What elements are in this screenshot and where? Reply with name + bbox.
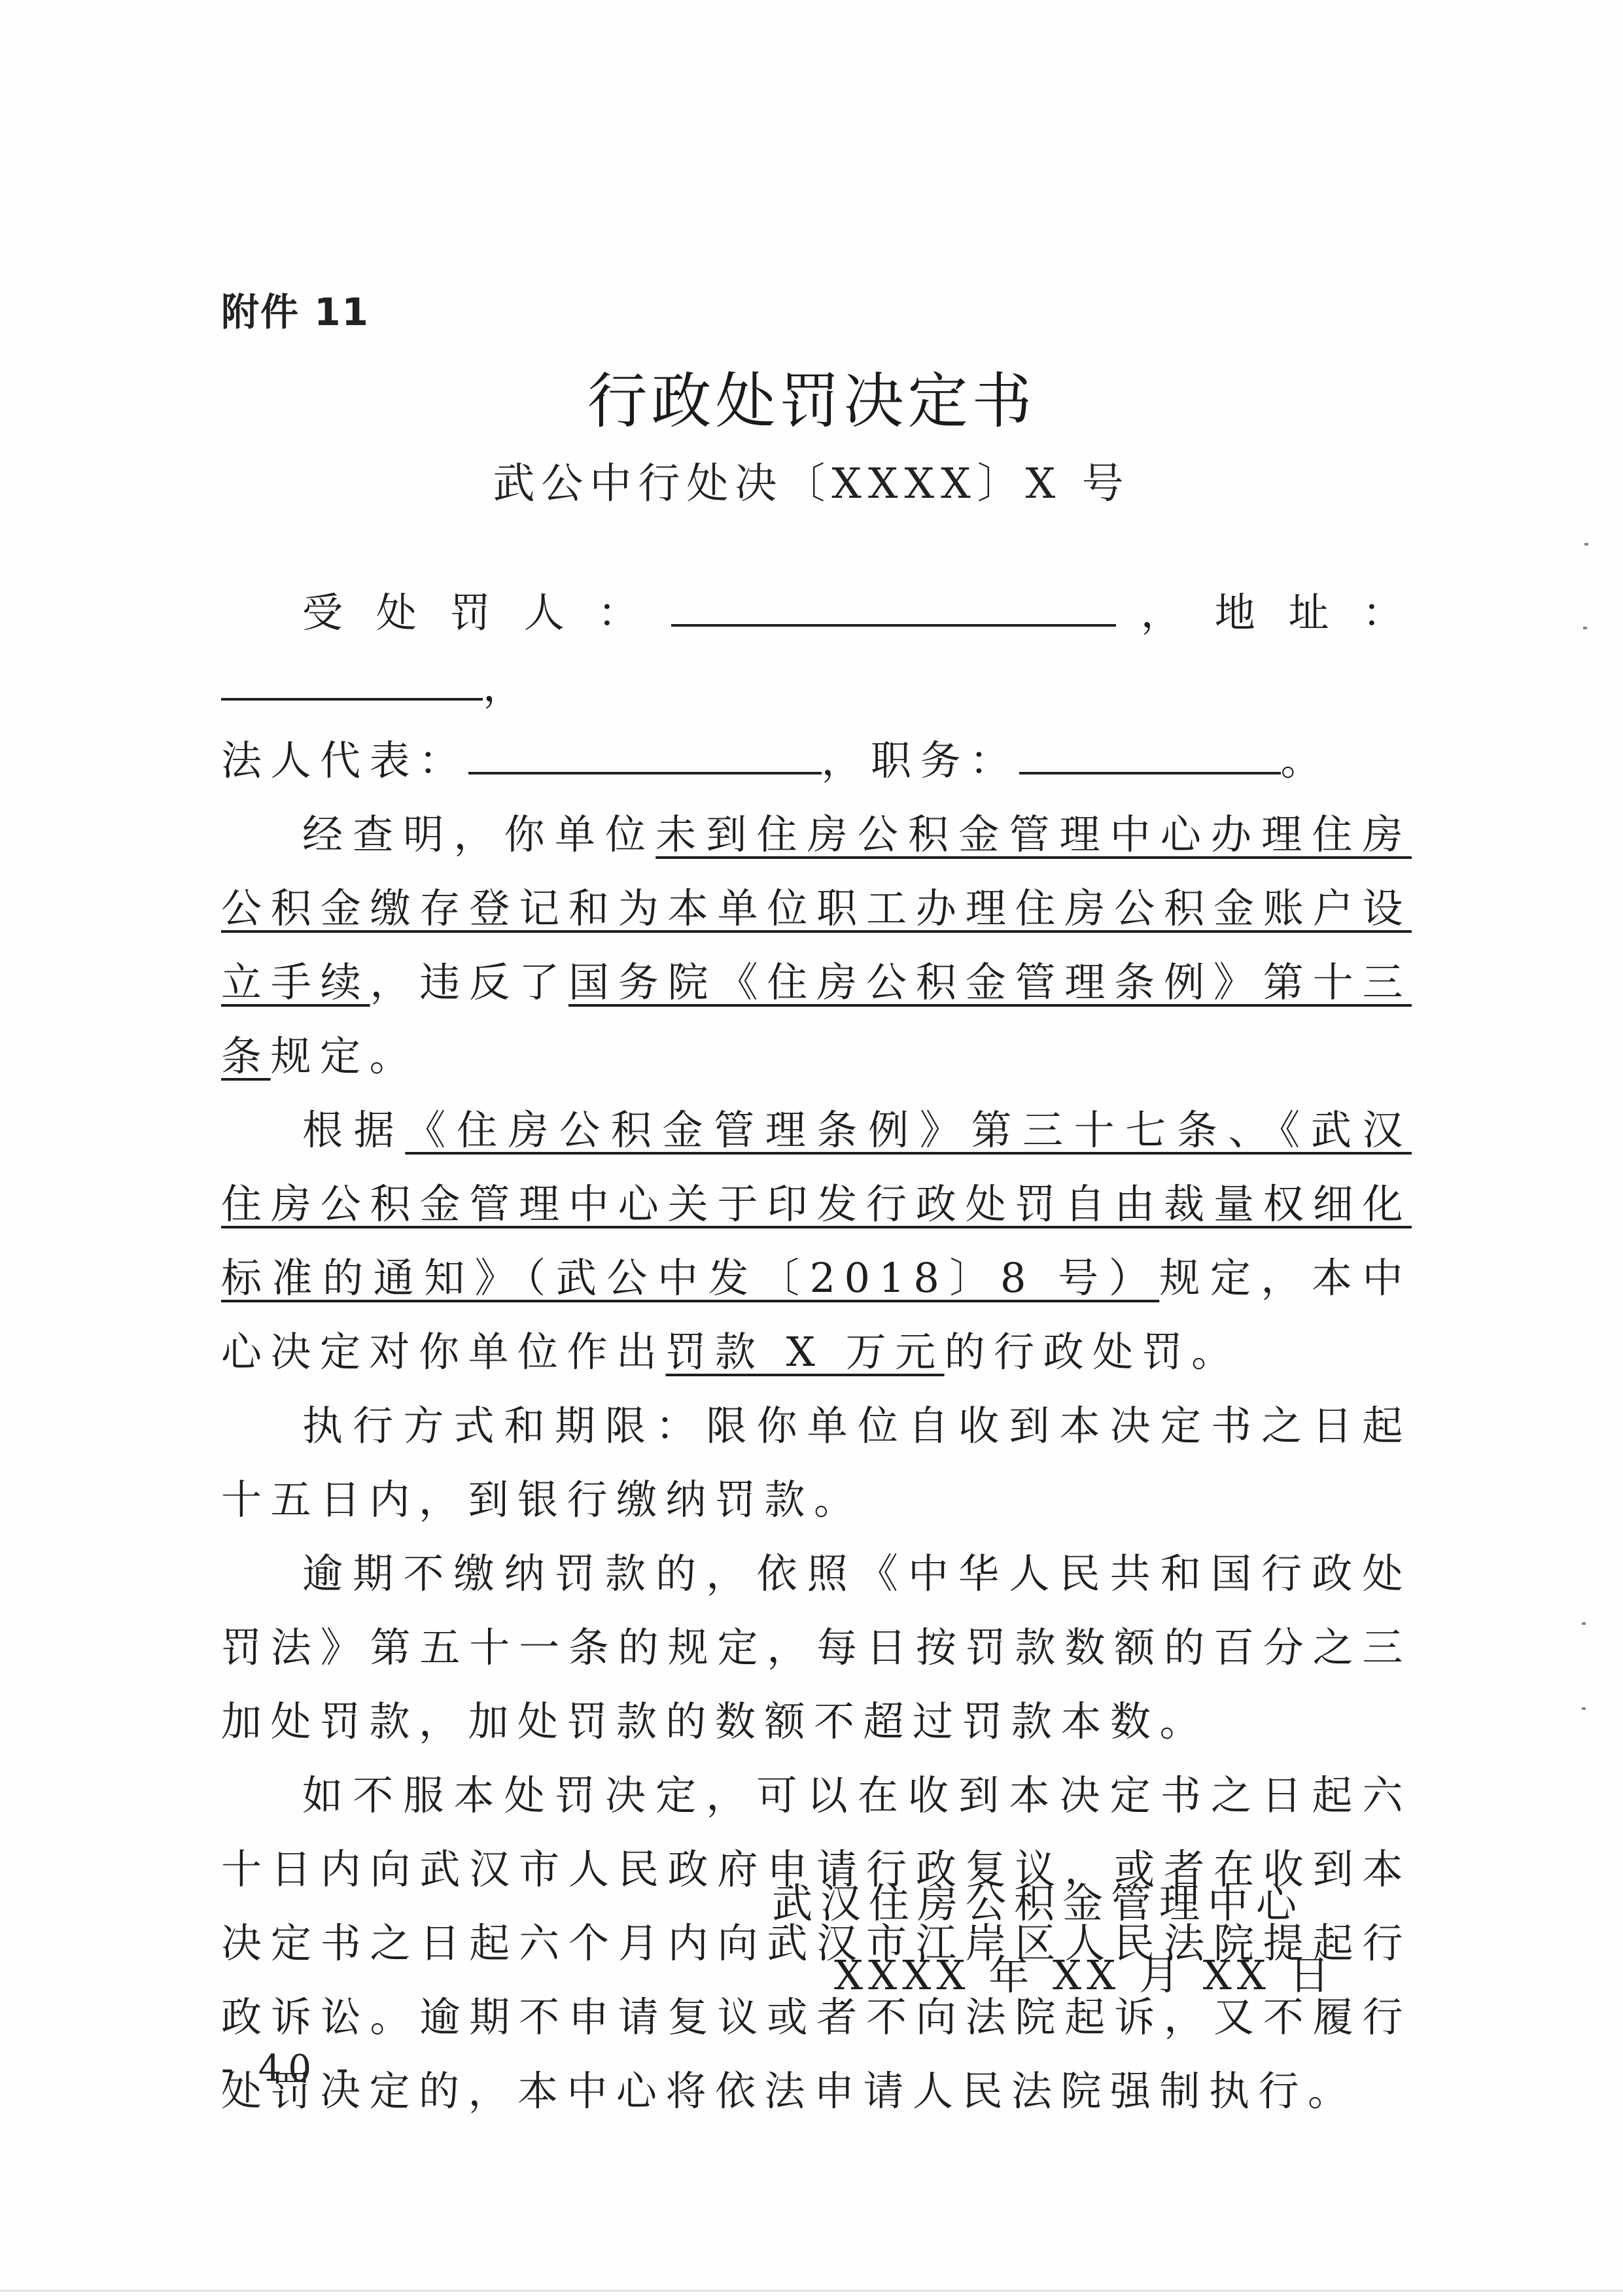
findings-text: 规定。 (271, 1032, 419, 1080)
party-info-line: 受处罚人：，地址：， (221, 576, 1412, 723)
position-blank (1019, 726, 1281, 774)
scan-speck (1582, 1622, 1586, 1625)
penalized-party-label: 受处罚人： (302, 589, 671, 636)
comma: ， (1116, 589, 1214, 636)
legal-rep-line: 法人代表：，职务：。 (221, 723, 1412, 797)
comma: ， (822, 737, 871, 784)
paragraph-findings: 经查明，你单位未到住房公积金管理中心办理住房公积金缴存登记和为本单位职工办理住房… (221, 797, 1412, 1093)
signature-organization: 武汉住房公积金管理中心 (772, 1871, 1304, 1929)
period: 。 (1281, 737, 1331, 784)
document-number: 武公中行处决〔XXXX〕X 号 (0, 450, 1623, 510)
basis-text: 的行政处罚。 (945, 1328, 1241, 1376)
document-page: 附件 11 行政处罚决定书 武公中行处决〔XXXX〕X 号 受处罚人：，地址：，… (0, 0, 1623, 2296)
comma: ， (483, 663, 532, 710)
address-label: 地址： (1215, 589, 1412, 636)
basis-text: 根据 (302, 1106, 405, 1154)
findings-text: ，违反了 (370, 958, 568, 1006)
scan-edge (0, 2289, 1623, 2292)
attachment-label: 附件 11 (221, 281, 370, 336)
position-label: 职务： (871, 737, 1019, 784)
address-blank (221, 652, 483, 701)
paragraph-execution: 执行方式和期限：限你单位自收到本决定书之日起十五日内，到银行缴纳罚款。 (221, 1389, 1412, 1537)
fine-amount-underlined: 罚款 X 万元 (666, 1328, 945, 1376)
penalized-party-blank (671, 578, 1116, 627)
document-title: 行政处罚决定书 (0, 353, 1623, 440)
scan-speck (1583, 627, 1587, 629)
findings-text: 经查明，你单位 (302, 810, 655, 858)
paragraph-late-payment: 逾期不缴纳罚款的，依照《中华人民共和国行政处罚法》第五十一条的规定，每日按罚款数… (221, 1537, 1412, 1758)
scan-speck (1584, 543, 1588, 546)
page-number: - 40 - (221, 2047, 355, 2090)
legal-rep-blank (468, 726, 822, 774)
paragraph-basis: 根据《住房公积金管理条例》第三十七条、《武汉住房公积金管理中心关于印发行政处罚自… (221, 1093, 1412, 1389)
scan-speck (1582, 1707, 1586, 1710)
signature-date: XXXX 年 XX 月 XX 日 (834, 1943, 1335, 2001)
legal-rep-label: 法人代表： (221, 737, 468, 784)
